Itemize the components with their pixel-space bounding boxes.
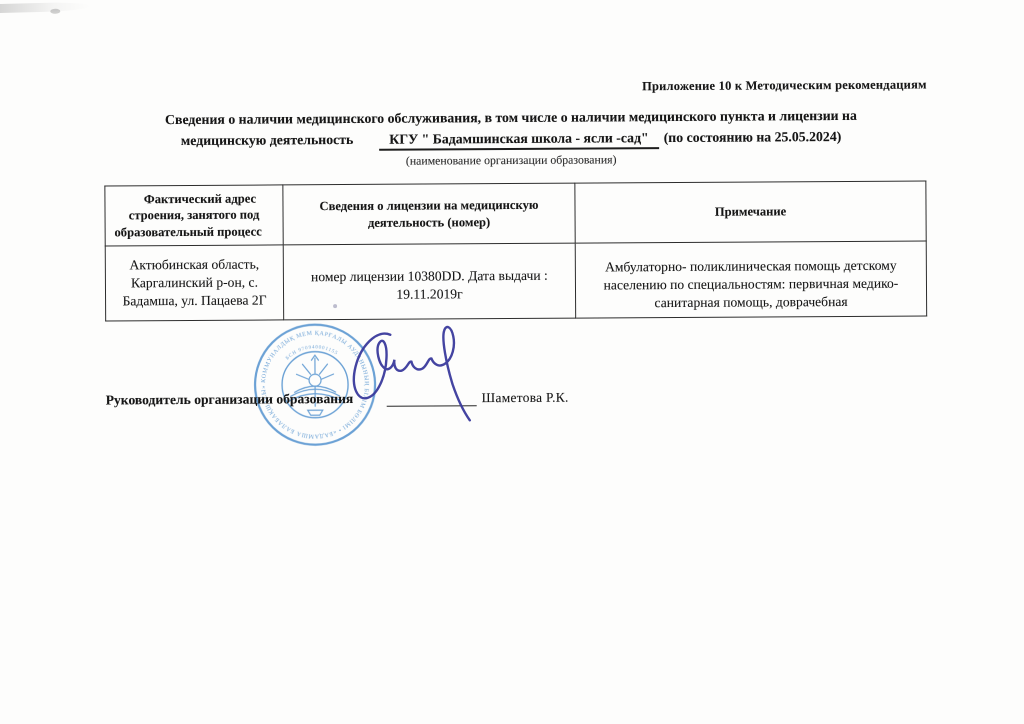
table-data-row: Актюбинская область, Каргалинский р-он, … — [105, 241, 926, 321]
handwritten-signature — [338, 316, 494, 427]
medical-service-table: Фактический адрес строения, занятого под… — [104, 180, 927, 321]
signature-stroke — [354, 327, 470, 421]
cell-license-text: номер лицензии 10380DD. Дата выдачи : 19… — [284, 267, 575, 305]
title-as-of-date: (по состоянию на 25.05.2024) — [664, 129, 842, 145]
organization-name-caption: (наименование организации образования) — [0, 150, 1023, 171]
scan-smudge-artifact — [0, 2, 90, 13]
scan-speck-artifact — [50, 9, 60, 14]
column-header-address-label: Фактический адрес строения, занятого под… — [114, 192, 273, 240]
column-header-address: Фактический адрес строения, занятого под… — [105, 185, 283, 246]
appendix-note: Приложение 10 к Методическим рекомендаци… — [642, 77, 927, 94]
scanned-document-page: Приложение 10 к Методическим рекомендаци… — [0, 0, 1024, 724]
column-header-note: Примечание — [575, 181, 926, 243]
title-activity-label: медицинскую деятельность — [181, 132, 354, 148]
column-header-license-label: Сведения о лицензии на медицинскую деяте… — [283, 197, 574, 231]
document-title-line-2: медицинскую деятельностьКГУ " Бадамшинск… — [0, 128, 1023, 153]
cell-note: Амбулаторно- поликлиническая помощь детс… — [575, 241, 926, 318]
organization-name: КГУ " Бадамшинская школа - ясли -сад" — [379, 130, 659, 151]
column-header-license: Сведения о лицензии на медицинскую деяте… — [283, 183, 575, 245]
document-title-line-1: Сведения о наличии медицинского обслужив… — [0, 107, 1023, 129]
cell-license: номер лицензии 10380DD. Дата выдачи : 19… — [283, 243, 575, 320]
signatory-role-label: Руководитель организации образования — [106, 391, 354, 409]
table-header-row: Фактический адрес строения, занятого под… — [105, 181, 926, 246]
cell-address: Актюбинская область, Каргалинский р-он, … — [105, 245, 283, 321]
column-header-note-label: Примечание — [705, 205, 797, 220]
cell-address-text: Актюбинская область, Каргалинский р-он, … — [106, 255, 283, 310]
cell-note-text: Амбулаторно- поликлиническая помощь детс… — [576, 257, 926, 313]
signatory-name: Шаметова Р.К. — [482, 390, 569, 407]
